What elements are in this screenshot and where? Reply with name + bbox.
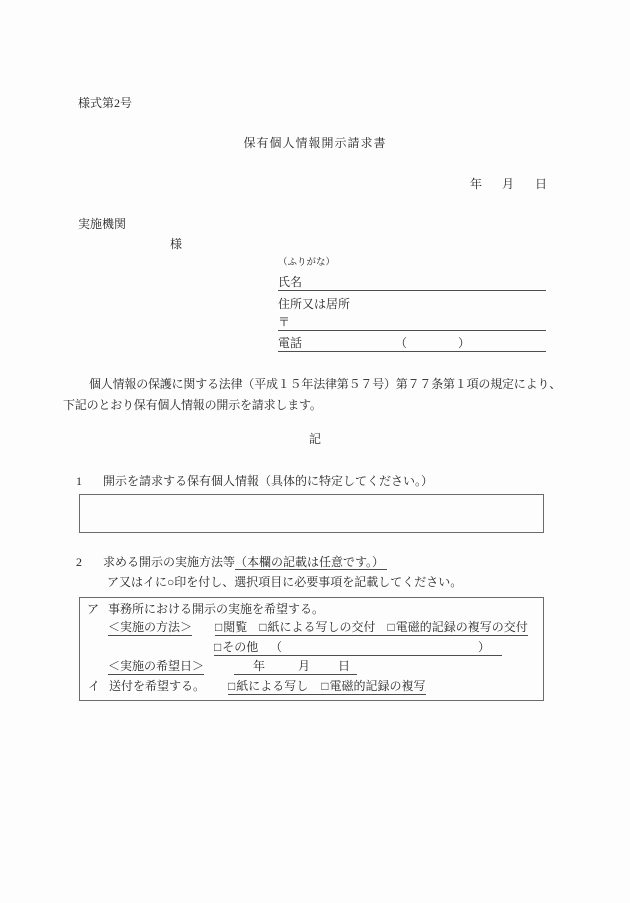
option-b-row[interactable]: イ 送付を希望する。 □ 紙による写し □ 電磁的記録の複写 bbox=[88, 679, 426, 695]
form-title: 保有個人情報開示請求書 bbox=[0, 136, 630, 151]
other-method-input[interactable] bbox=[284, 640, 476, 654]
recipient-honorific: 様 bbox=[170, 237, 182, 252]
method-label: ＜実施の方法＞ bbox=[108, 620, 192, 636]
section2-title-note: （本欄の記載は任意です。） bbox=[235, 555, 387, 570]
desired-date-day-label: 日 bbox=[338, 659, 350, 674]
checkbox-label: その他 bbox=[222, 640, 258, 655]
desired-date-label: ＜実施の希望日＞ bbox=[108, 659, 204, 675]
desired-date-year-label: 年 bbox=[253, 659, 265, 674]
checkbox-icon[interactable]: □ bbox=[228, 679, 235, 694]
method-row: ＜実施の方法＞ □ 閲覧 □ 紙による写しの交付 □ 電磁的記録の複写の交付 bbox=[108, 620, 528, 636]
section1-heading: 1開示を請求する保有個人情報（具体的に特定してください。） bbox=[76, 474, 433, 489]
checkbox-icon[interactable]: □ bbox=[259, 620, 266, 635]
other-method-row: □ その他 （ ） bbox=[214, 640, 502, 656]
checkbox-label: 紙による写しの交付 bbox=[268, 620, 376, 635]
option-b-marker[interactable]: イ bbox=[88, 679, 109, 694]
checkbox-label: 電磁的記録の複写 bbox=[330, 679, 426, 694]
phone-paren-close: ） bbox=[458, 336, 470, 351]
body-paragraph-line2: 下記のとおり保有個人情報の開示を請求します。 bbox=[63, 398, 322, 413]
disclosure-method-box: ア 事務所における開示の実施を希望する。 ＜実施の方法＞ □ 閲覧 □ 紙による… bbox=[79, 597, 544, 701]
address-label: 住所又は居所 bbox=[278, 297, 350, 312]
option-a-marker[interactable]: ア bbox=[87, 602, 108, 617]
checkbox-icon[interactable]: □ bbox=[321, 679, 328, 694]
section1-number: 1 bbox=[76, 474, 103, 489]
option-a-text: 事務所における開示の実施を希望する。 bbox=[108, 602, 324, 617]
method-options: □ 閲覧 □ 紙による写しの交付 □ 電磁的記録の複写の交付 bbox=[215, 620, 528, 636]
section1-title: 開示を請求する保有個人情報（具体的に特定してください。） bbox=[103, 474, 433, 488]
form-number: 様式第2号 bbox=[78, 96, 132, 111]
checkbox-option-view[interactable]: □ 閲覧 bbox=[215, 620, 247, 635]
date-day-label: 日 bbox=[535, 177, 547, 192]
phone-field[interactable]: 電話 （ ） bbox=[278, 336, 546, 352]
furigana-label: （ふりがな） bbox=[278, 258, 335, 269]
checkbox-label: 紙による写し bbox=[236, 679, 308, 694]
checkbox-icon[interactable]: □ bbox=[388, 620, 395, 635]
body-paragraph-line1: 個人情報の保護に関する法律（平成１５年法律第５７号）第７７条第１項の規定により、 bbox=[89, 377, 561, 392]
checkbox-option-other[interactable]: □ その他 bbox=[214, 640, 258, 655]
checkbox-label: 閲覧 bbox=[223, 620, 247, 635]
desired-date-row: ＜実施の希望日＞ 年 月 日 bbox=[108, 659, 357, 675]
option-b-text: 送付を希望する。 bbox=[109, 679, 205, 694]
date-year-label: 年 bbox=[470, 177, 482, 192]
checkbox-icon[interactable]: □ bbox=[214, 640, 221, 655]
section2-instruction: ア又はイに○印を付し、選択項目に必要事項を記載してください。 bbox=[107, 575, 462, 590]
recipient-agency-label: 実施機関 bbox=[78, 217, 126, 232]
option-a-row[interactable]: ア 事務所における開示の実施を希望する。 bbox=[87, 602, 324, 617]
section2-title: 求める開示の実施方法等 bbox=[103, 555, 235, 569]
checkbox-option-paper-copy[interactable]: □ 紙による写しの交付 bbox=[259, 620, 375, 635]
desired-date-month-label: 月 bbox=[298, 659, 310, 674]
section2-heading: 2求める開示の実施方法等（本欄の記載は任意です。） bbox=[76, 555, 387, 570]
desired-date-field[interactable]: 年 月 日 bbox=[234, 659, 357, 675]
phone-paren-open: （ bbox=[395, 336, 407, 351]
checkbox-label: 電磁的記録の複写の交付 bbox=[396, 620, 528, 635]
record-heading: 記 bbox=[0, 432, 630, 447]
other-paren-open: （ bbox=[270, 640, 282, 655]
section2-number: 2 bbox=[76, 555, 103, 570]
phone-label: 電話 bbox=[278, 336, 302, 351]
requested-information-input-box[interactable] bbox=[79, 494, 544, 533]
checkbox-option-mail-paper-copy[interactable]: □ 紙による写し bbox=[228, 679, 308, 694]
postal-mark: 〒 bbox=[278, 315, 290, 329]
disclosure-request-form: 様式第2号 保有個人情報開示請求書 年 月 日 実施機関 様 （ふりがな） 氏名… bbox=[0, 0, 630, 903]
name-label: 氏名 bbox=[278, 275, 302, 289]
checkbox-icon[interactable]: □ bbox=[215, 620, 222, 635]
name-field[interactable]: 氏名 bbox=[278, 275, 546, 291]
checkbox-option-mail-electronic-copy[interactable]: □ 電磁的記録の複写 bbox=[321, 679, 425, 694]
postal-code-field[interactable]: 〒 bbox=[278, 315, 546, 331]
checkbox-option-electronic-copy[interactable]: □ 電磁的記録の複写の交付 bbox=[388, 620, 528, 635]
date-month-label: 月 bbox=[502, 177, 514, 192]
other-paren-close: ） bbox=[478, 640, 490, 655]
option-b-methods: □ 紙による写し □ 電磁的記録の複写 bbox=[228, 679, 426, 695]
